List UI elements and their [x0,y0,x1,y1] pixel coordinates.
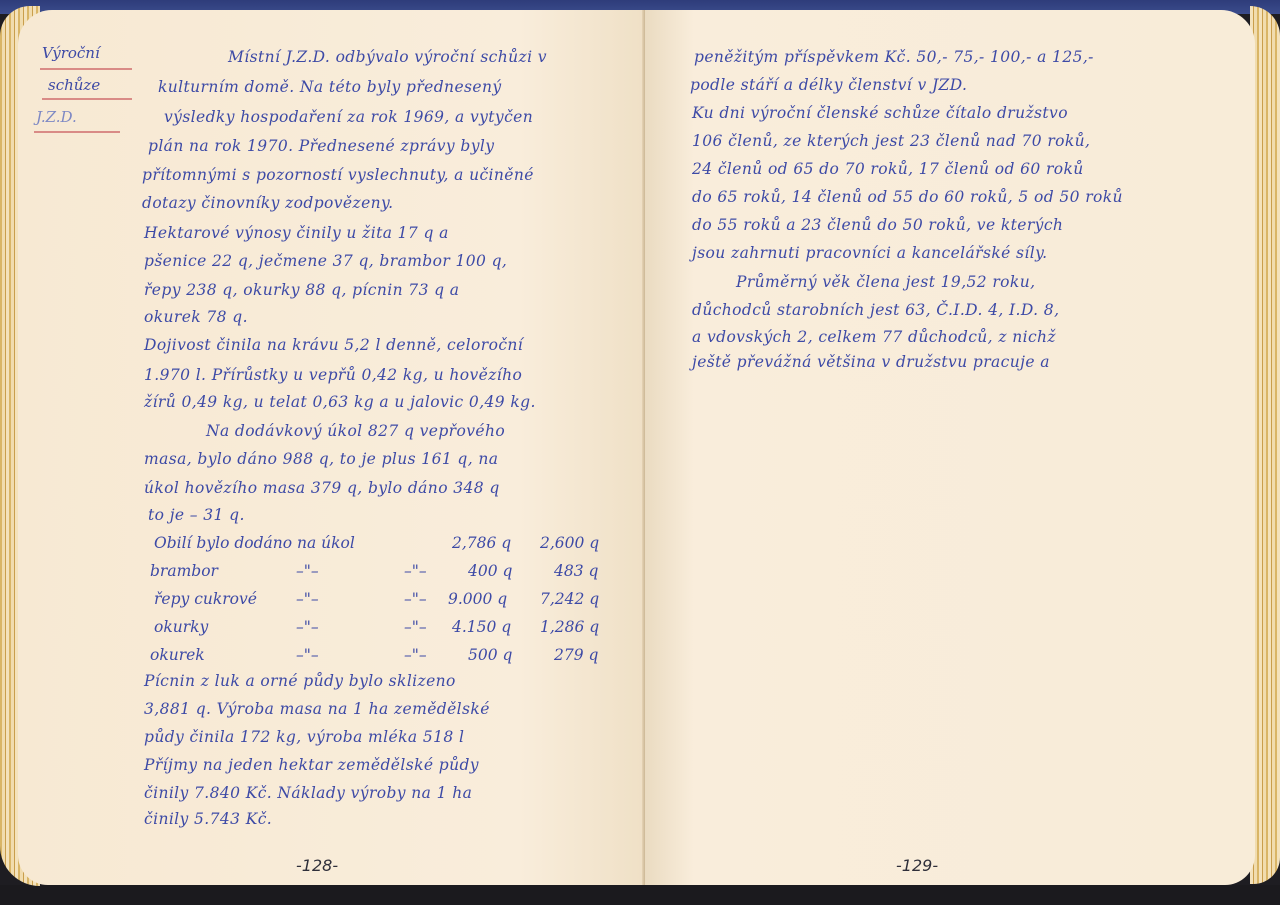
text-line: Na dodávkový úkol 827 q vepřového [206,422,505,440]
margin-underline [42,98,132,100]
table-row-actual: 483 q [554,562,598,580]
text-line: Místní J.Z.D. odbývalo výroční schůzi v [228,48,547,66]
table-row-plan: 9.000 q [448,590,507,608]
table-row-plan: 400 q [468,562,512,580]
table-row-plan: 2,786 q [452,534,511,552]
table-row-ditto: –"– [404,590,427,608]
text-line: do 65 roků, 14 členů od 55 do 60 roků, 5… [692,188,1123,206]
text-line: ještě převážná většina v družstvu pracuj… [692,353,1050,371]
margin-heading-line-3: J.Z.D. [36,108,77,126]
text-line: úkol hovězího masa 379 q, bylo dáno 348 … [144,479,500,497]
text-line: 1.970 l. Přírůstky u vepřů 0,42 kg, u ho… [144,366,522,384]
text-line: masa, bylo dáno 988 q, to je plus 161 q,… [144,450,498,468]
table-row-actual: 279 q [554,646,598,664]
margin-heading-line-2: schůze [48,76,100,94]
table-row-item: Obilí bylo dodáno na úkol [154,534,355,552]
text-line: Příjmy na jeden hektar zemědělské půdy [144,756,479,774]
text-line: Hektarové výnosy činily u žita 17 q a [144,224,449,242]
table-row-ditto: –"– [296,590,319,608]
text-line: přítomnými s pozorností vyslechnuty, a u… [142,166,534,184]
text-line: plán na rok 1970. Přednesené zprávy byly [148,137,494,155]
text-line: Pícnin z luk a orné půdy bylo sklizeno [144,672,456,690]
table-row-ditto: –"– [404,562,427,580]
text-line: Dojivost činila na krávu 5,2 l denně, ce… [144,336,523,354]
text-line: řepy 238 q, okurky 88 q, pícnin 73 q a [144,281,459,299]
text-line: pšenice 22 q, ječmene 37 q, brambor 100 … [144,252,507,270]
table-row-actual: 2,600 q [540,534,599,552]
table-row-plan: 4.150 q [452,618,511,636]
text-line: Průměrný věk člena jest 19,52 roku, [736,273,1035,291]
table-row-ditto: –"– [404,646,427,664]
text-line: to je – 31 q. [148,506,245,524]
text-line: peněžitým příspěvkem Kč. 50,- 75,- 100,-… [694,48,1094,66]
margin-heading-line-1: Výroční [42,44,100,62]
table-row-item: brambor [150,562,218,580]
table-row-plan: 500 q [468,646,512,664]
margin-underline [40,68,132,70]
table-row-item: okurky [154,618,208,636]
text-line: výsledky hospodaření za rok 1969, a vyty… [164,108,533,126]
table-row-item: okurek [150,646,205,664]
table-row-actual: 1,286 q [540,618,599,636]
text-line: půdy činila 172 kg, výroba mléka 518 l [144,728,464,746]
table-row-ditto: –"– [296,562,319,580]
text-line: 3,881 q. Výroba masa na 1 ha zemědělské [144,700,490,718]
table-row-ditto: –"– [296,618,319,636]
text-line: žírů 0,49 kg, u telat 0,63 kg a u jalovi… [144,393,536,411]
table-row-ditto: –"– [404,618,427,636]
text-line: Ku dni výroční členské schůze čítalo dru… [692,104,1068,122]
text-line: činily 7.840 Kč. Náklady výroby na 1 ha [144,784,472,802]
text-line: činily 5.743 Kč. [144,810,272,828]
margin-underline [34,131,120,133]
text-line: 24 členů od 65 do 70 roků, 17 členů od 6… [692,160,1084,178]
text-line: dotazy činovníky zodpovězeny. [142,194,393,212]
text-line: jsou zahrnuti pracovníci a kancelářské s… [692,244,1048,262]
text-line: a vdovských 2, celkem 77 důchodců, z nic… [692,328,1056,346]
text-line: okurek 78 q. [144,308,248,326]
page-number-left: -128- [296,856,338,875]
notebook-cover-bottom [0,885,1280,905]
page-number-right: -129- [896,856,938,875]
text-line: důchodců starobních jest 63, Č.I.D. 4, I… [692,301,1059,319]
text-line: kulturním domě. Na této byly přednesený [158,78,501,96]
table-row-actual: 7,242 q [540,590,599,608]
text-line: 106 členů, ze kterých jest 23 členů nad … [692,132,1090,150]
table-row-item: řepy cukrové [154,590,257,608]
text-line: podle stáří a délky členství v JZD. [690,76,967,94]
text-line: do 55 roků a 23 členů do 50 roků, ve kte… [692,216,1063,234]
table-row-ditto: –"– [296,646,319,664]
